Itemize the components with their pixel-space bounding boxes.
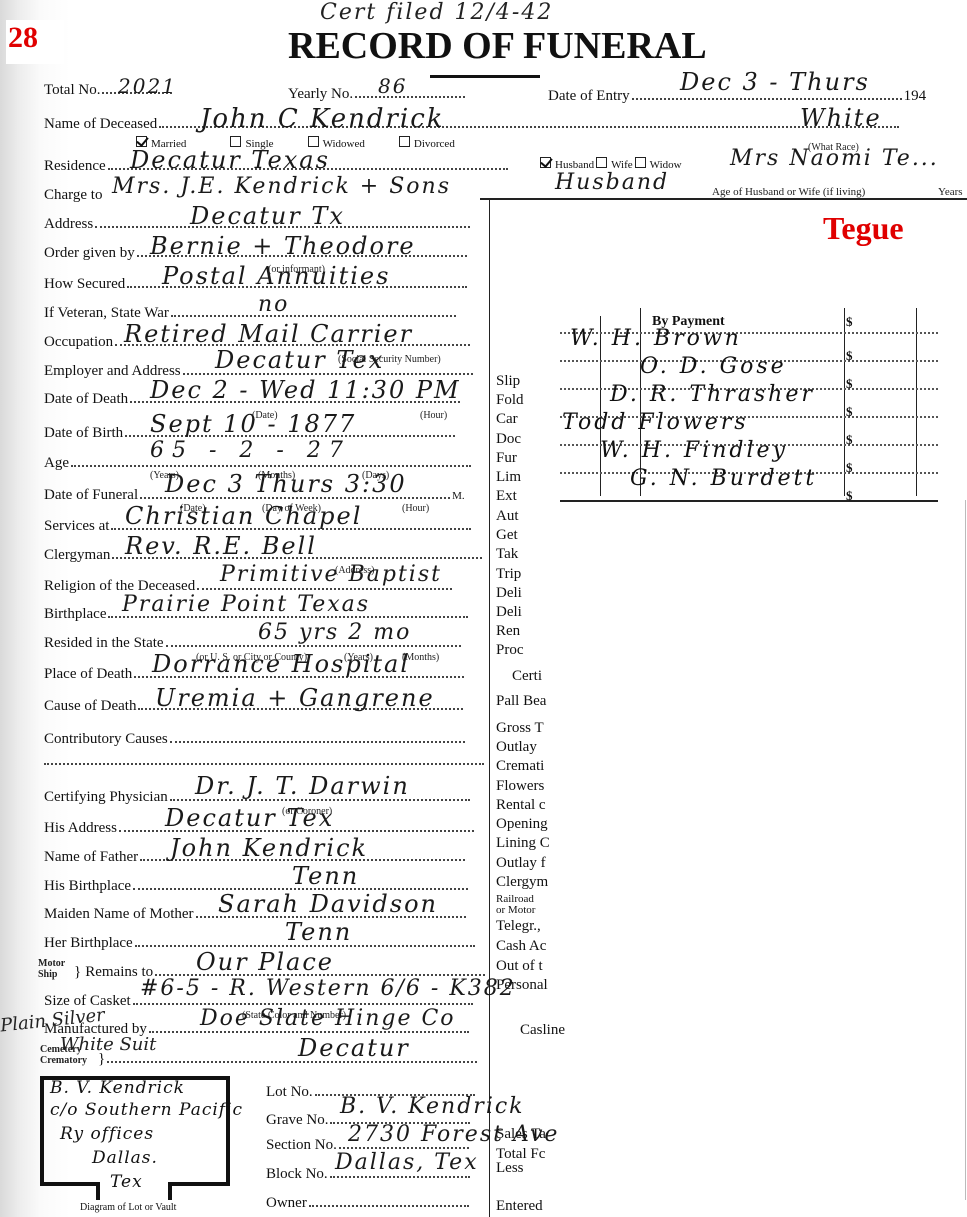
diagram-caption: Diagram of Lot or Vault — [80, 1202, 176, 1213]
charge-label: Lim — [496, 469, 556, 486]
date-of-death-value: Dec 2 - Wed 11:30 PM — [150, 376, 461, 404]
dotted-line — [107, 1061, 477, 1063]
services-at-label: Services at — [44, 518, 109, 535]
his-birthplace-label: His Birthplace — [44, 878, 131, 895]
dotted-line — [166, 645, 461, 647]
relation-group: Husband Wife Widow — [540, 157, 696, 171]
dollar-sign: $ — [846, 404, 853, 420]
race-value: White — [800, 104, 882, 132]
how-secured-value: Postal Annuities — [162, 262, 390, 290]
charge-label: or Motor — [496, 905, 556, 916]
charge-label: Fur — [496, 450, 556, 467]
name-of-father-label: Name of Father — [44, 849, 138, 866]
maiden-name-label: Maiden Name of Mother — [44, 906, 194, 923]
payment-column-line — [844, 308, 845, 496]
age-label: Age — [44, 455, 69, 472]
grave-no-value: B. V. Kendrick — [340, 1094, 525, 1119]
diagram-border — [96, 1182, 100, 1200]
charge-label: Certi — [512, 668, 572, 685]
charge-label: Slip — [496, 373, 556, 390]
total-no-value: 2021 — [118, 74, 177, 98]
date-of-death-label: Date of Death — [44, 391, 128, 408]
charge-label: Proc — [496, 642, 556, 659]
certifying-physician-value: Dr. J. T. Darwin — [195, 772, 410, 800]
charge-label: Rental c — [496, 797, 556, 814]
death-hour-hint: (Hour) — [420, 410, 447, 421]
charge-label: Lining C — [496, 835, 556, 852]
spouse-name-value: Mrs Naomi Te... — [730, 146, 939, 171]
funeral-hour-hint: (Hour) — [402, 503, 429, 514]
charge-label: Fold — [496, 392, 556, 409]
order-given-by-label: Order given by — [44, 245, 135, 262]
ship-label: Ship — [38, 969, 65, 980]
birthplace-value: Prairie Point Texas — [122, 592, 370, 617]
dotted-line — [133, 1003, 473, 1005]
dotted-line — [197, 588, 452, 590]
charge-label: Get — [496, 527, 556, 544]
charge-label: Deli — [496, 585, 556, 602]
his-birthplace-value: Tenn — [292, 862, 359, 890]
relation-value: Husband — [555, 170, 669, 195]
diagram-line-2: c/o Southern Pacific — [50, 1100, 243, 1120]
size-of-casket-value: #6-5 - R. Western 6/6 - K382 — [140, 976, 516, 1001]
dollar-sign: $ — [846, 314, 853, 330]
diagram-line-5: Tex — [110, 1172, 143, 1192]
block-no-value: Dallas, Tex — [335, 1150, 479, 1175]
name-of-deceased-row: Name of Deceased — [44, 116, 901, 133]
veteran-value: no — [258, 292, 289, 317]
resided-in-state-value: 65 yrs 2 mo — [258, 620, 411, 645]
his-address-label: His Address — [44, 820, 117, 837]
residence-label: Residence — [44, 158, 106, 175]
certifying-physician-label: Certifying Physician — [44, 789, 168, 806]
dotted-line — [330, 1176, 470, 1178]
dollar-sign: $ — [846, 348, 853, 364]
residence-value: Decatur Texas — [130, 146, 330, 174]
diagram-line-4: Dallas. — [92, 1148, 158, 1168]
suit-margin-note: White Suit — [60, 1034, 156, 1055]
widow-checkbox[interactable] — [635, 157, 646, 168]
dotted-line — [632, 98, 902, 100]
dollar-sign: $ — [846, 460, 853, 476]
charge-label: Gross T — [496, 720, 556, 737]
manufactured-by-value: Doe Slate Hinge Co — [200, 1006, 456, 1031]
charge-label: Ext — [496, 488, 556, 505]
dotted-line — [355, 96, 465, 98]
divorced-label: Divorced — [414, 138, 455, 150]
charge-label: Pall Bea — [496, 693, 556, 710]
charge-label: Out of t — [496, 958, 556, 975]
diagram-line-3: Ry offices — [60, 1124, 154, 1144]
payment-entry: Todd Flowers — [562, 410, 749, 435]
yearly-no-value: 86 — [378, 74, 407, 98]
dotted-line — [149, 1031, 469, 1033]
date-of-entry-value: Dec 3 - Thurs — [680, 68, 870, 96]
divorced-checkbox[interactable] — [399, 136, 410, 147]
charge-label: Trip — [496, 566, 556, 583]
document-title: RECORD OF FUNERAL — [288, 24, 707, 68]
payment-entry: W. H. Brown — [570, 326, 742, 351]
diagram-border — [168, 1182, 172, 1200]
charge-label: Cash Ac — [496, 938, 556, 955]
charge-label: Railroad — [496, 894, 556, 905]
remains-to-value: Our Place — [196, 948, 334, 976]
age-of-spouse-label: Age of Husband or Wife (if living) — [712, 186, 865, 198]
name-of-deceased-value: John C Kendrick — [200, 104, 445, 134]
diagram-line-1: B. V. Kendrick — [50, 1078, 185, 1098]
grave-no-label: Grave No. — [266, 1112, 328, 1129]
dollar-sign: $ — [846, 432, 853, 448]
dotted-line — [44, 763, 484, 765]
charge-label: Clergym — [496, 874, 556, 891]
payment-box: By Payment $ $ $ $ $ $ $ W. H. Brown O. … — [560, 308, 938, 500]
dotted-line — [71, 465, 471, 467]
her-birthplace-label: Her Birthplace — [44, 935, 133, 952]
charge-label: Opening — [496, 816, 556, 833]
charge-to-value: Mrs. J.E. Kendrick + Sons — [112, 174, 451, 199]
date-of-entry-label: Date of Entry — [548, 88, 630, 105]
total-no-label: Total No. — [44, 82, 100, 99]
occupation-label: Occupation — [44, 334, 113, 351]
address-label: Address — [44, 216, 93, 233]
funeral-meridian: M. — [452, 490, 465, 502]
page-edge — [965, 500, 966, 1200]
age-value: 65 - 2 - 27 — [150, 438, 351, 463]
payment-entry: G. N. Burdett — [630, 466, 817, 491]
place-of-death-label: Place of Death — [44, 666, 132, 683]
her-birthplace-value: Tenn — [285, 918, 352, 946]
husband-checkbox[interactable] — [540, 157, 551, 168]
cause-of-death-label: Cause of Death — [44, 698, 136, 715]
payment-entry: O. D. Gose — [640, 354, 787, 379]
lot-no-label: Lot No. — [266, 1084, 313, 1101]
payment-entry: D. R. Thrasher — [610, 382, 815, 407]
employer-value: Decatur Tex — [215, 346, 384, 374]
charge-label: Cremati — [496, 758, 556, 775]
name-of-father-value: John Kendrick — [170, 834, 368, 862]
charge-label: Sales Ta — [496, 1126, 556, 1143]
birthplace-label: Birthplace — [44, 606, 106, 623]
cause-of-death-value: Uremia + Gangrene — [155, 684, 435, 712]
dotted-line — [339, 1147, 469, 1149]
date-of-birth-label: Date of Birth — [44, 425, 123, 442]
charge-label: Entered — [496, 1198, 556, 1215]
date-of-funeral-value: Dec 3 Thurs 3:30 — [165, 470, 407, 498]
charge-label: Aut — [496, 508, 556, 525]
title-rule — [430, 75, 540, 78]
section-no-label: Section No. — [266, 1137, 337, 1154]
resided-in-state-label: Resided in the State — [44, 635, 164, 652]
how-secured-label: How Secured — [44, 276, 125, 293]
charge-label: Less — [496, 1160, 556, 1177]
charge-to-label: Charge to — [44, 187, 102, 204]
charge-label: Doc — [496, 431, 556, 448]
motor-ship-label: Motor Ship — [38, 958, 65, 980]
religion-value: Primitive Baptist — [220, 562, 442, 587]
owner-row: Owner — [266, 1195, 471, 1212]
diagram-border — [168, 1182, 230, 1186]
charge-label: Telegr., — [496, 918, 556, 935]
charge-label: Ren — [496, 623, 556, 640]
wife-checkbox[interactable] — [596, 157, 607, 168]
owner-label: Owner — [266, 1195, 307, 1212]
charge-label: Outlay — [496, 739, 556, 756]
charge-label: Casline — [520, 1022, 580, 1039]
address-value: Decatur Tx — [190, 202, 345, 230]
services-at-value: Christian Chapel — [125, 502, 362, 530]
block-no-label: Block No. — [266, 1166, 328, 1183]
clergyman-value: Rev. R.E. Bell — [125, 532, 317, 560]
dollar-sign: $ — [846, 488, 853, 504]
contributory-causes-label: Contributory Causes — [44, 731, 168, 748]
maiden-name-value: Sarah Davidson — [218, 890, 438, 918]
crematory-label: Crematory — [40, 1055, 87, 1066]
section-divider — [480, 198, 967, 200]
his-address-value: Decatur Tex — [165, 804, 334, 832]
charge-label: Flowers — [496, 778, 556, 795]
diagram-border — [40, 1182, 100, 1186]
place-of-death-value: Dorrance Hospital — [152, 650, 410, 678]
dotted-line — [171, 315, 456, 317]
dotted-line — [309, 1205, 469, 1207]
yearly-no-label: Yearly No. — [288, 86, 353, 103]
charge-label: Tak — [496, 546, 556, 563]
charge-label: Deli — [496, 604, 556, 621]
occupation-value: Retired Mail Carrier — [124, 320, 413, 348]
clergyman-label: Clergyman — [44, 547, 110, 564]
blank-line-row — [44, 763, 484, 765]
year-prefix: 194 — [904, 88, 927, 105]
funeral-record-page: 28 Cert filed 12/4-42 RECORD OF FUNERAL … — [0, 0, 967, 1217]
payment-entry: W. H. Findley — [600, 438, 788, 463]
cert-filed-annotation: Cert filed 12/4-42 — [320, 0, 553, 25]
cemetery-value: Decatur — [298, 1034, 410, 1062]
charge-to-row: Charge to — [44, 187, 102, 204]
charge-label: Personal — [496, 977, 556, 994]
charge-label: Car — [496, 411, 556, 428]
payment-bottom-rule — [560, 500, 938, 502]
dollar-sign: $ — [846, 376, 853, 392]
date-of-birth-value: Sept 10 - 1877 — [150, 410, 356, 438]
motor-label: Motor — [38, 958, 65, 969]
dotted-line — [170, 741, 465, 743]
payment-column-line — [916, 308, 917, 496]
name-of-deceased-label: Name of Deceased — [44, 116, 157, 133]
charges-column-divider — [489, 200, 490, 1217]
order-given-by-value: Bernie + Theodore — [150, 232, 416, 260]
age-of-spouse-suffix: Years — [938, 186, 963, 198]
contributory-causes-row: Contributory Causes — [44, 731, 467, 748]
page-number: 28 — [6, 20, 64, 64]
charge-label: Outlay f — [496, 855, 556, 872]
surname-tag: Tegue — [823, 210, 904, 247]
